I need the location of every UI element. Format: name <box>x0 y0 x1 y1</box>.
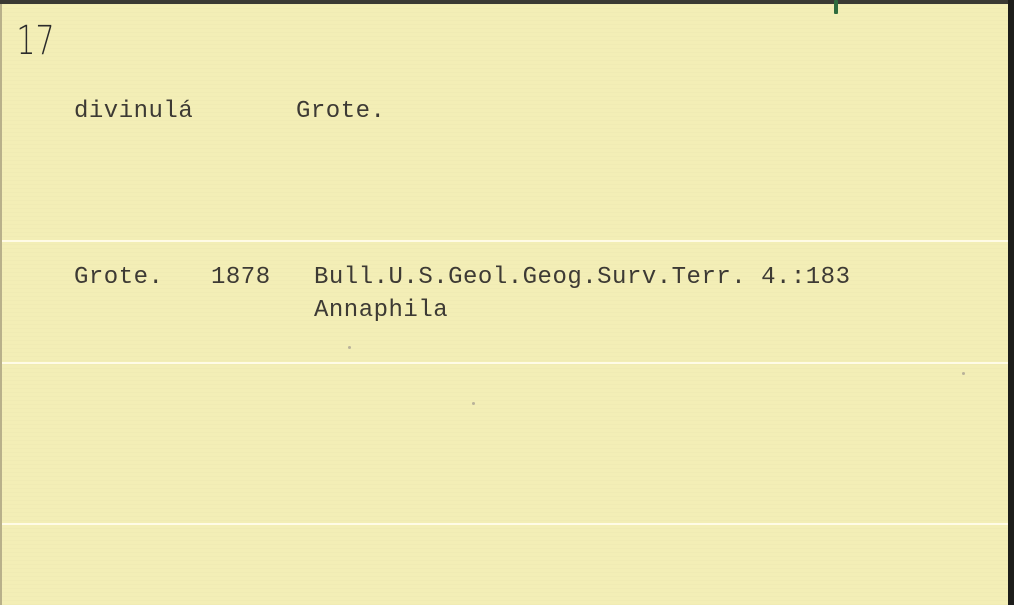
card-rule-line <box>2 240 1010 242</box>
card-rule-line <box>2 523 1010 525</box>
paper-speck <box>472 402 475 405</box>
reference-genus: Annaphila <box>314 297 448 324</box>
species-author: Grote. <box>296 98 385 125</box>
reference-citation: Bull.U.S.Geol.Geog.Surv.Terr. 4.:183 <box>314 264 850 291</box>
index-card: 17 divinulá Grote. Grote. 1878 Bull.U.S.… <box>0 4 1010 605</box>
paper-speck <box>962 372 965 375</box>
scan-right-edge <box>1008 0 1014 605</box>
paper-speck <box>348 346 351 349</box>
reference-year: 1878 <box>211 264 271 291</box>
species-name: divinulá <box>74 98 193 125</box>
card-number: 17 <box>16 18 54 64</box>
card-rule-line <box>2 362 1010 364</box>
reference-author: Grote. <box>74 264 163 291</box>
green-tick-mark <box>834 0 838 14</box>
